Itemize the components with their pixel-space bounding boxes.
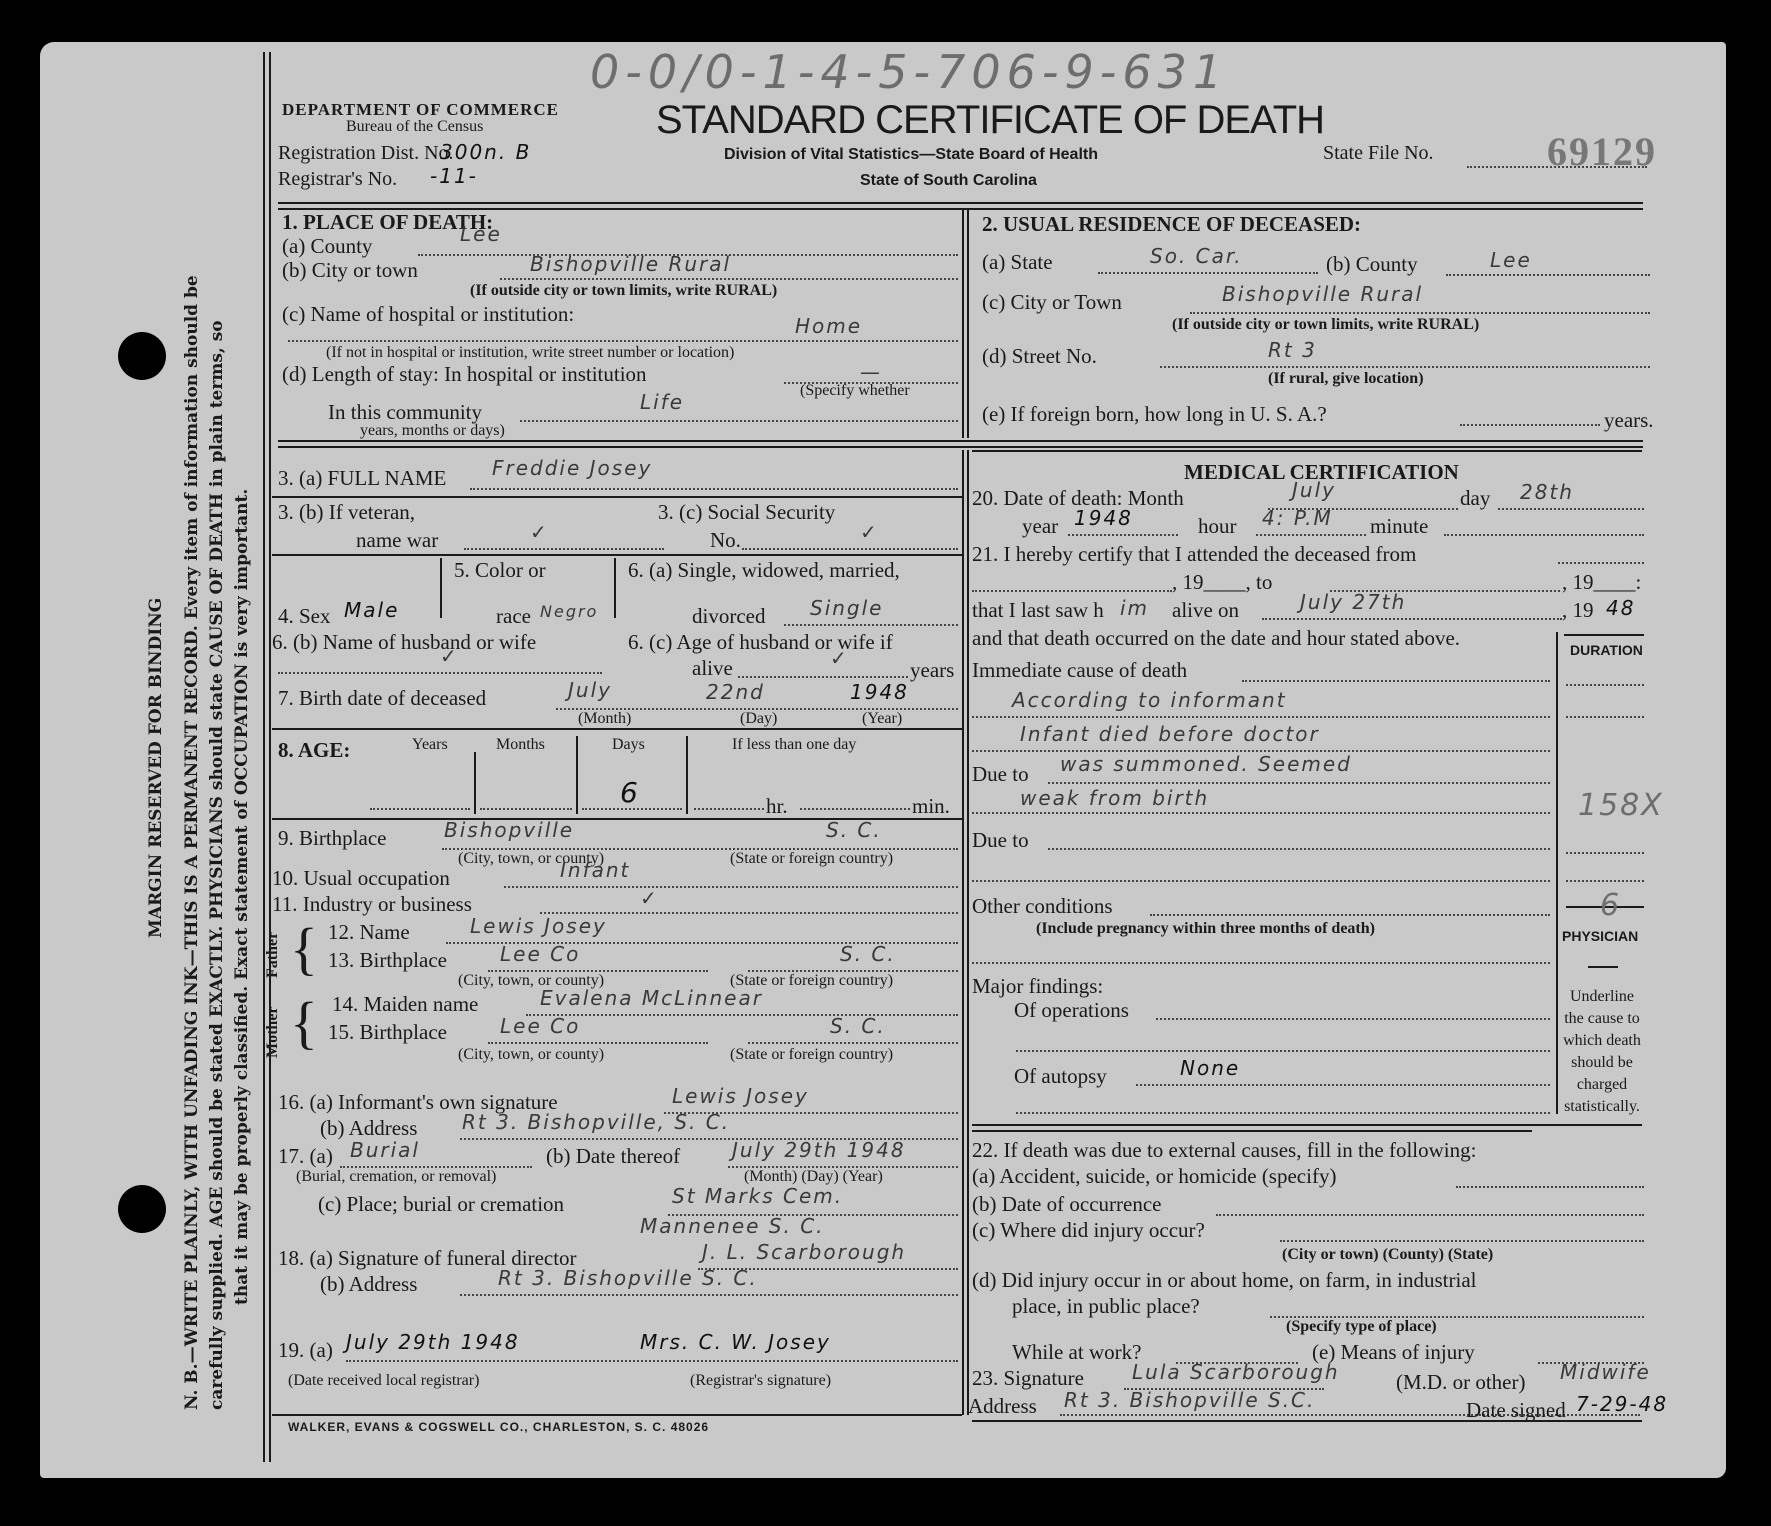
color-label-2: race bbox=[496, 604, 531, 629]
stay-value[interactable]: — bbox=[860, 360, 882, 384]
death-hour-label: hour bbox=[1198, 514, 1237, 539]
birth-day-hint: (Day) bbox=[740, 710, 777, 728]
registrar-signature-hint: (Registrar's signature) bbox=[690, 1372, 831, 1390]
birth-month-hint: (Month) bbox=[578, 710, 631, 728]
due-to-value-1b[interactable]: weak from birth bbox=[1020, 786, 1209, 810]
last-saw-value[interactable]: July 27th bbox=[1300, 590, 1406, 614]
father-brace-icon: { bbox=[290, 920, 318, 978]
while-at-work-label: While at work? bbox=[1012, 1340, 1141, 1365]
external-c-label: (c) Where did injury occur? bbox=[972, 1218, 1205, 1243]
mother-maiden-value[interactable]: Evalena McLinnear bbox=[540, 986, 763, 1010]
page-title: STANDARD CERTIFICATE OF DEATH bbox=[656, 98, 1324, 143]
autopsy-value[interactable]: None bbox=[1180, 1056, 1240, 1080]
min-label: min. bbox=[912, 794, 950, 819]
veteran-label-1: 3. (b) If veteran, bbox=[278, 500, 415, 525]
birthplace-city-value[interactable]: Bishopville bbox=[444, 818, 574, 842]
residence-state-value[interactable]: So. Car. bbox=[1150, 244, 1243, 268]
column-divider-lower bbox=[962, 450, 964, 1415]
external-d-label-1: (d) Did injury occur in or about home, o… bbox=[972, 1268, 1476, 1293]
specify-hint: (Specify whether bbox=[800, 382, 910, 400]
signature-suffix: (M.D. or other) bbox=[1396, 1370, 1525, 1395]
spouse-age-label-2: alive bbox=[692, 656, 733, 681]
industry-value[interactable]: ✓ bbox=[640, 886, 659, 910]
date-signed-value[interactable]: 7-29-48 bbox=[1576, 1392, 1668, 1416]
mother-birth-label: 15. Birthplace bbox=[328, 1020, 447, 1045]
foreign-born-label: (e) If foreign born, how long in U. S. A… bbox=[982, 402, 1327, 427]
spouse-age-value[interactable]: ✓ bbox=[830, 646, 849, 670]
mother-brace-icon: { bbox=[290, 994, 318, 1052]
veteran-value[interactable]: ✓ bbox=[530, 520, 549, 544]
binding-rule bbox=[263, 52, 265, 1462]
external-heading: 22. If death was due to external causes,… bbox=[972, 1138, 1476, 1163]
state-label: State of South Carolina bbox=[860, 172, 1037, 190]
informant-address-value[interactable]: Rt 3. Bishopville, S. C. bbox=[462, 1110, 730, 1134]
state-file-label: State File No. bbox=[1323, 142, 1434, 165]
due-to-label-1: Due to bbox=[972, 762, 1029, 787]
birth-date-label: 7. Birth date of deceased bbox=[278, 686, 486, 711]
disposition-hint: (Burial, cremation, or removal) bbox=[296, 1168, 496, 1186]
funeral-director-address-label: (b) Address bbox=[320, 1272, 417, 1297]
county-value[interactable]: Lee bbox=[460, 222, 502, 246]
disposition-label: 17. (a) bbox=[278, 1144, 333, 1169]
death-minute-label: minute bbox=[1370, 514, 1428, 539]
spouse-age-suffix: years bbox=[910, 658, 954, 683]
external-c-hint: (City or town) (County) (State) bbox=[1282, 1246, 1493, 1264]
underline-note: Underline the cause to which death shoul… bbox=[1562, 986, 1642, 1118]
mother-birth-state-value[interactable]: S. C. bbox=[830, 1014, 886, 1038]
last-saw-year-value[interactable]: 48 bbox=[1606, 596, 1635, 620]
death-year-label: year bbox=[1022, 514, 1058, 539]
death-hour-value[interactable]: 4: P.M bbox=[1262, 506, 1333, 530]
duration-six: 6 bbox=[1600, 888, 1621, 923]
city-hint: (If outside city or town limits, write R… bbox=[470, 282, 777, 300]
age-label: 8. AGE: bbox=[278, 738, 350, 763]
birth-month-value[interactable]: July bbox=[568, 678, 612, 702]
immediate-cause-label: Immediate cause of death bbox=[972, 658, 1187, 683]
sex-label: 4. Sex bbox=[278, 604, 331, 629]
burial-place-label: (c) Place; burial or cremation bbox=[318, 1192, 564, 1217]
veteran-label-2: name war bbox=[356, 528, 438, 553]
other-conditions-label: Other conditions bbox=[972, 894, 1113, 919]
major-findings-label: Major findings: bbox=[972, 974, 1103, 999]
binding-hole-top bbox=[118, 332, 166, 380]
column-divider-2 bbox=[967, 210, 969, 438]
margin-instructions-line-3: that it may be properly classified. Exac… bbox=[232, 489, 252, 1305]
cause-line-2[interactable]: Infant died before doctor bbox=[1020, 722, 1320, 746]
father-side-label: Father bbox=[264, 932, 282, 978]
sex-value[interactable]: Male bbox=[344, 598, 399, 622]
residence-state-label: (a) State bbox=[982, 250, 1053, 275]
autopsy-label: Of autopsy bbox=[1014, 1064, 1107, 1089]
certify-line-2-end: , 19____: bbox=[1562, 570, 1641, 595]
birth-day-value[interactable]: 22nd bbox=[706, 680, 765, 704]
signature-title-value[interactable]: Midwife bbox=[1560, 1360, 1651, 1384]
cause-line-1[interactable]: According to informant bbox=[1012, 688, 1287, 712]
funeral-director-address-value[interactable]: Rt 3. Bishopville S. C. bbox=[498, 1266, 758, 1290]
age-days-value[interactable]: 6 bbox=[620, 776, 640, 809]
last-saw-year-prefix: , 19 bbox=[1562, 598, 1594, 623]
mother-birth-state-hint: (State or foreign country) bbox=[730, 1046, 893, 1064]
external-a-label: (a) Accident, suicide, or homicide (spec… bbox=[972, 1164, 1336, 1189]
residence-street-hint: (If rural, give location) bbox=[1268, 370, 1424, 388]
column-divider-lower-2 bbox=[967, 450, 969, 1415]
due-to-value-1[interactable]: was summoned. Seemed bbox=[1060, 752, 1352, 776]
father-birth-city-value[interactable]: Lee Co bbox=[500, 942, 580, 966]
residence-county-value[interactable]: Lee bbox=[1490, 248, 1532, 272]
residence-county-label: (b) County bbox=[1326, 252, 1418, 277]
duration-code: 158X bbox=[1578, 788, 1664, 823]
marital-label-2: divorced bbox=[692, 604, 765, 629]
hospital-label: (c) Name of hospital or institution: bbox=[282, 302, 574, 327]
city-value[interactable]: Bishopville Rural bbox=[530, 252, 731, 276]
occurred-text: and that death occurred on the date and … bbox=[972, 626, 1460, 651]
state-file-value: 69129 bbox=[1547, 128, 1657, 175]
full-name-value[interactable]: Freddie Josey bbox=[492, 456, 652, 480]
burial-place-value-1[interactable]: St Marks Cem. bbox=[672, 1184, 843, 1208]
hospital-value[interactable]: Home bbox=[795, 314, 862, 338]
industry-label: 11. Industry or business bbox=[272, 892, 472, 917]
birthplace-label: 9. Birthplace bbox=[278, 826, 386, 851]
occupation-label: 10. Usual occupation bbox=[272, 866, 450, 891]
informant-value[interactable]: Lewis Josey bbox=[672, 1084, 809, 1108]
residence-street-label: (d) Street No. bbox=[982, 344, 1097, 369]
header-rule-1 bbox=[278, 202, 1643, 204]
registrar-date-value[interactable]: July 29th 1948 bbox=[346, 1330, 520, 1354]
external-b-label: (b) Date of occurrence bbox=[972, 1192, 1161, 1217]
registrar-no-label: Registrar's No. bbox=[278, 168, 397, 191]
ss-value[interactable]: ✓ bbox=[860, 520, 879, 544]
margin-instructions-line-2: carefully supplied. AGE should be stated… bbox=[207, 320, 227, 1410]
marital-value[interactable]: Single bbox=[810, 596, 883, 620]
mother-birth-city-hint: (City, town, or county) bbox=[458, 1046, 604, 1064]
birth-year-value[interactable]: 1948 bbox=[850, 680, 909, 704]
father-name-value[interactable]: Lewis Josey bbox=[470, 914, 607, 938]
color-value[interactable]: Negro bbox=[540, 602, 598, 621]
ss-label-1: 3. (c) Social Security bbox=[658, 500, 835, 525]
registration-dist-label: Registration Dist. No. bbox=[278, 142, 454, 165]
printer-imprint: WALKER, EVANS & COGSWELL CO., CHARLESTON… bbox=[288, 1420, 709, 1434]
father-birth-state-value[interactable]: S. C. bbox=[840, 942, 896, 966]
ss-label-2: No. bbox=[710, 528, 741, 553]
spouse-age-label-1: 6. (c) Age of husband or wife if bbox=[628, 630, 893, 655]
spouse-name-value[interactable]: ✓ bbox=[440, 644, 459, 668]
community-value[interactable]: Life bbox=[640, 390, 684, 414]
birthplace-state-hint: (State or foreign country) bbox=[730, 850, 893, 868]
burial-place-value-2[interactable]: Mannenee S. C. bbox=[640, 1214, 825, 1238]
duration-label: DURATION bbox=[1570, 642, 1643, 658]
full-name-label: 3. (a) FULL NAME bbox=[278, 466, 446, 491]
last-saw-mid: alive on bbox=[1172, 598, 1239, 623]
color-label-1: 5. Color or bbox=[454, 558, 546, 583]
residence-street-value[interactable]: Rt 3 bbox=[1268, 338, 1317, 362]
mother-side-label: Mother bbox=[264, 1006, 282, 1058]
residence-city-label: (c) City or Town bbox=[982, 290, 1122, 315]
registrar-date-hint: (Date received local registrar) bbox=[288, 1372, 479, 1390]
margin-binding-note: MARGIN RESERVED FOR BINDING bbox=[146, 598, 166, 938]
certify-label: 21. I hereby certify that I attended the… bbox=[972, 542, 1416, 567]
birth-year-hint: (Year) bbox=[862, 710, 902, 728]
registrar-label: 19. (a) bbox=[278, 1338, 333, 1363]
death-year-value[interactable]: 1948 bbox=[1074, 506, 1133, 530]
signature-value[interactable]: Lula Scarborough bbox=[1132, 1360, 1340, 1384]
binding-rule-inner bbox=[269, 52, 271, 1462]
department-label: DEPARTMENT OF COMMERCE bbox=[282, 100, 559, 120]
column-divider bbox=[962, 210, 964, 438]
due-to-label-2: Due to bbox=[972, 828, 1029, 853]
occupation-value[interactable]: Infant bbox=[560, 858, 630, 882]
age-years-label: Years bbox=[412, 736, 448, 754]
father-name-label: 12. Name bbox=[328, 920, 410, 945]
residence-city-value[interactable]: Bishopville Rural bbox=[1222, 282, 1423, 306]
death-month-value[interactable]: July bbox=[1292, 478, 1336, 502]
county-label: (a) County bbox=[282, 234, 372, 259]
city-label: (b) City or town bbox=[282, 258, 418, 283]
external-d-label-2: place, in public place? bbox=[1012, 1294, 1200, 1319]
mother-maiden-label: 14. Maiden name bbox=[332, 992, 478, 1017]
residence-city-hint: (If outside city or town limits, write R… bbox=[1172, 316, 1479, 334]
hr-label: hr. bbox=[766, 794, 788, 819]
external-d-hint: (Specify type of place) bbox=[1286, 1318, 1437, 1336]
residence-heading: 2. USUAL RESIDENCE OF DECEASED: bbox=[982, 212, 1361, 237]
handwritten-file-code: 0-0/0-1-4-5-706-9-631 bbox=[590, 45, 1228, 99]
mother-birth-city-value[interactable]: Lee Co bbox=[500, 1014, 580, 1038]
marital-label-1: 6. (a) Single, widowed, married, bbox=[628, 558, 900, 583]
margin-instructions-line-1: N. B.—WRITE PLAINLY, WITH UNFADING INK—T… bbox=[182, 275, 202, 1410]
last-saw-pronoun[interactable]: im bbox=[1120, 596, 1149, 620]
community-hint: years, months or days) bbox=[360, 422, 505, 440]
funeral-director-value[interactable]: J. L. Scarborough bbox=[702, 1240, 906, 1264]
father-birth-label: 13. Birthplace bbox=[328, 948, 447, 973]
physician-label: PHYSICIAN bbox=[1562, 928, 1638, 944]
hospital-hint: (If not in hospital or institution, writ… bbox=[326, 344, 734, 362]
other-conditions-hint: (Include pregnancy within three months o… bbox=[1036, 920, 1375, 938]
age-days-label: Days bbox=[612, 736, 645, 754]
age-months-label: Months bbox=[496, 736, 545, 754]
disposition-value[interactable]: Burial bbox=[350, 1138, 420, 1162]
division-label: Division of Vital Statistics—State Board… bbox=[724, 146, 1098, 164]
certify-line-2: , 19____, to bbox=[1172, 570, 1272, 595]
death-day-value[interactable]: 28th bbox=[1520, 480, 1574, 504]
operations-label: Of operations bbox=[1014, 998, 1129, 1023]
certifier-address-label: Address bbox=[968, 1394, 1037, 1419]
registrar-signature-value[interactable]: Mrs. C. W. Josey bbox=[640, 1330, 831, 1354]
stay-label: (d) Length of stay: In hospital or insti… bbox=[282, 362, 647, 387]
disposition-date-label: (b) Date thereof bbox=[546, 1144, 680, 1169]
registration-dist-value: 300n. B bbox=[440, 140, 531, 164]
binding-hole-bottom bbox=[118, 1185, 166, 1233]
death-day-label: day bbox=[1460, 486, 1490, 511]
birthplace-state-value[interactable]: S. C. bbox=[826, 818, 882, 842]
certifier-address-value[interactable]: Rt 3. Bishopville S.C. bbox=[1064, 1388, 1315, 1412]
foreign-born-suffix: years. bbox=[1604, 408, 1654, 433]
registrar-no-value: -11- bbox=[430, 164, 478, 188]
disposition-date-value[interactable]: July 29th 1948 bbox=[732, 1138, 906, 1162]
last-saw-label: that I last saw h bbox=[972, 598, 1104, 623]
bureau-label: Bureau of the Census bbox=[346, 118, 483, 136]
spouse-name-label: 6. (b) Name of husband or wife bbox=[272, 630, 536, 655]
less-than-day-label: If less than one day bbox=[732, 736, 856, 754]
